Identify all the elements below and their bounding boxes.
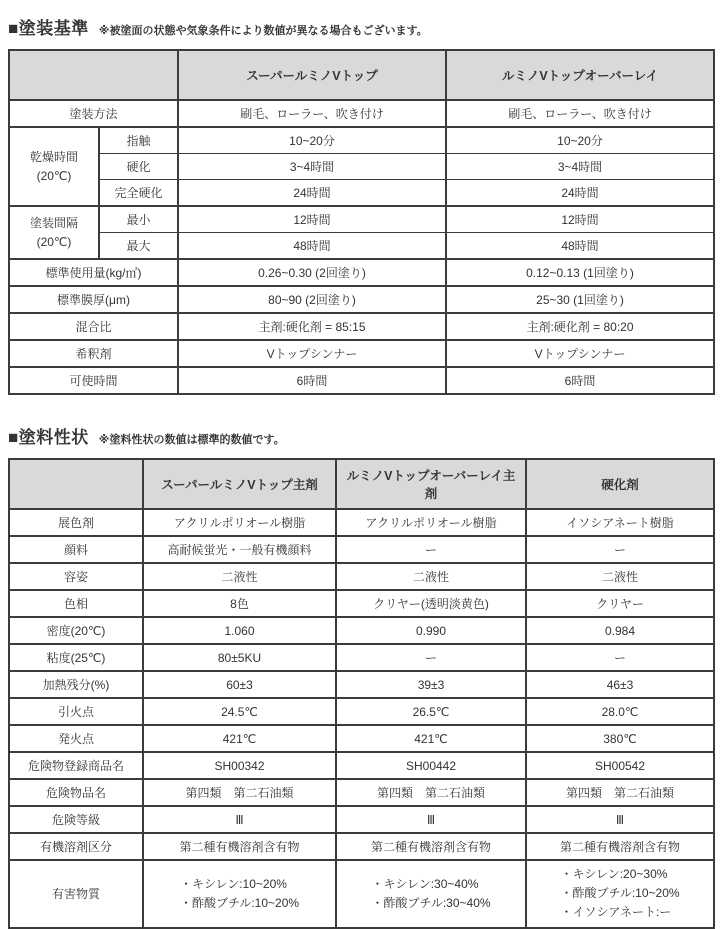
table-row: 最大 48時間 48時間 — [9, 233, 714, 260]
t2-ignition-point-value-1: 421℃ — [143, 725, 336, 752]
t2-label-pigment: 顔料 — [9, 536, 143, 563]
t2-hue-value-2: クリヤー(透明淡黄色) — [336, 590, 526, 617]
table-row: 有機溶剤区分 第二種有機溶剤含有物 第二種有機溶剤含有物 第二種有機溶剤含有物 — [9, 833, 714, 860]
t2-form-value-1: 二液性 — [143, 563, 336, 590]
table-row: 可使時間 6時間 6時間 — [9, 367, 714, 394]
t2-corner-cell — [9, 459, 143, 509]
t2-heating-residue-value-2: 39±3 — [336, 671, 526, 698]
t2-pigment-value-3: ー — [526, 536, 714, 563]
t2-danger-grade-value-2: Ⅲ — [336, 806, 526, 833]
t1-touch-dry-value-2: 10~20分 — [446, 127, 714, 154]
t2-hue-value-3: クリヤー — [526, 590, 714, 617]
t1-label-thinner: 希釈剤 — [9, 340, 178, 367]
t2-density-value-1: 1.060 — [143, 617, 336, 644]
t1-interval-max-value-2: 48時間 — [446, 233, 714, 260]
t2-hue-value-1: 8色 — [143, 590, 336, 617]
coating-standards-table: スーパールミノVトップ ルミノVトップオーバーレイ 塗装方法 刷毛、ローラー、吹… — [8, 49, 715, 395]
table-row: 展色剤 アクリルポリオール樹脂 アクリルポリオール樹脂 イソシアネート樹脂 — [9, 509, 714, 536]
t2-solvent-category-value-2: 第二種有機溶剤含有物 — [336, 833, 526, 860]
t2-label-danger-grade: 危険等級 — [9, 806, 143, 833]
table-row: 硬化 3~4時間 3~4時間 — [9, 154, 714, 180]
t2-danger-grade-value-1: Ⅲ — [143, 806, 336, 833]
t2-solvent-category-value-3: 第二種有機溶剤含有物 — [526, 833, 714, 860]
t2-harmful-substances-value-1: ・キシレン:10~20% ・酢酸ブチル:10~20% — [143, 860, 336, 928]
table-row: 混合比 主剤:硬化剤 = 85:15 主剤:硬化剤 = 80:20 — [9, 313, 714, 340]
t1-label-ratio: 混合比 — [9, 313, 178, 340]
t1-label-touch-dry: 指触 — [99, 127, 178, 154]
t1-thickness-value-1: 80~90 (2回塗り) — [178, 286, 446, 313]
t2-density-value-3: 0.984 — [526, 617, 714, 644]
t2-hazmat-product-value-3: SH00542 — [526, 752, 714, 779]
t1-interval-min-value-1: 12時間 — [178, 206, 446, 233]
t1-corner-cell — [9, 50, 178, 100]
table-row: 乾燥時間 (20℃) 指触 10~20分 10~20分 — [9, 127, 714, 154]
table-row: 危険物品名 第四類 第二石油類 第四類 第二石油類 第四類 第二石油類 — [9, 779, 714, 806]
t1-thinner-value-1: Vトップシンナー — [178, 340, 446, 367]
t2-hazmat-class-value-3: 第四類 第二石油類 — [526, 779, 714, 806]
t2-ignition-point-value-2: 421℃ — [336, 725, 526, 752]
coating-standards-title: ■塗装基準 — [8, 14, 89, 39]
t2-label-ignition-point: 発火点 — [9, 725, 143, 752]
t1-method-value-1: 刷毛、ローラー、吹き付け — [178, 100, 446, 127]
t2-vehicle-value-1: アクリルポリオール樹脂 — [143, 509, 336, 536]
t2-col-header-hardener: 硬化剤 — [526, 459, 714, 509]
t1-label-interval-max: 最大 — [99, 233, 178, 260]
t1-method-value-2: 刷毛、ローラー、吹き付け — [446, 100, 714, 127]
t1-pot-life-value-2: 6時間 — [446, 367, 714, 394]
t2-col-header-overlay-base: ルミノVトップオーバーレイ主剤 — [336, 459, 526, 509]
table-row: 顔料 高耐候蛍光・一般有機顔料 ー ー — [9, 536, 714, 563]
table-row: 容姿 二液性 二液性 二液性 — [9, 563, 714, 590]
table-row: 危険等級 Ⅲ Ⅲ Ⅲ — [9, 806, 714, 833]
t1-label-method: 塗装方法 — [9, 100, 178, 127]
t2-flash-point-value-2: 26.5℃ — [336, 698, 526, 725]
t2-danger-grade-value-3: Ⅲ — [526, 806, 714, 833]
t2-label-solvent-category: 有機溶剤区分 — [9, 833, 143, 860]
table-row: 密度(20℃) 1.060 0.990 0.984 — [9, 617, 714, 644]
t1-col-header-super-lumino-vtop: スーパールミノVトップ — [178, 50, 446, 100]
table-row: 引火点 24.5℃ 26.5℃ 28.0℃ — [9, 698, 714, 725]
table-row: 標準使用量(kg/㎡) 0.26~0.30 (2回塗り) 0.12~0.13 (… — [9, 259, 714, 286]
coating-standards-note: ※被塗面の状態や気象条件により数値が異なる場合もございます。 — [99, 22, 428, 38]
t1-usage-value-1: 0.26~0.30 (2回塗り) — [178, 259, 446, 286]
t1-thickness-value-2: 25~30 (1回塗り) — [446, 286, 714, 313]
table-row: 標準膜厚(μm) 80~90 (2回塗り) 25~30 (1回塗り) — [9, 286, 714, 313]
t1-thinner-value-2: Vトップシンナー — [446, 340, 714, 367]
t2-hazmat-product-value-2: SH00442 — [336, 752, 526, 779]
t1-label-pot-life: 可使時間 — [9, 367, 178, 394]
table-row: 危険物登録商品名 SH00342 SH00442 SH00542 — [9, 752, 714, 779]
t2-harmful-substances-value-2: ・キシレン:30~40% ・酢酸ブチル:30~40% — [336, 860, 526, 928]
t1-harden-value-2: 3~4時間 — [446, 154, 714, 180]
t2-viscosity-value-2: ー — [336, 644, 526, 671]
table-row: 完全硬化 24時間 24時間 — [9, 180, 714, 207]
t1-label-thickness: 標準膜厚(μm) — [9, 286, 178, 313]
t1-label-interval-group: 塗装間隔 (20℃) — [9, 206, 99, 259]
t2-vehicle-value-2: アクリルポリオール樹脂 — [336, 509, 526, 536]
t2-label-harmful-substances: 有害物質 — [9, 860, 143, 928]
t1-label-interval-min: 最小 — [99, 206, 178, 233]
table-row: 粘度(25℃) 80±5KU ー ー — [9, 644, 714, 671]
t2-harmful-substances-text-2: ・キシレン:30~40% ・酢酸ブチル:30~40% — [371, 875, 490, 913]
t2-harmful-substances-text-1: ・キシレン:10~20% ・酢酸ブチル:10~20% — [180, 875, 299, 913]
t2-label-hue: 色相 — [9, 590, 143, 617]
t2-form-value-2: 二液性 — [336, 563, 526, 590]
t1-label-full-harden: 完全硬化 — [99, 180, 178, 207]
paint-properties-header: ■塗料性状 ※塗料性状の数値は標準的数値です。 — [8, 423, 720, 448]
t1-interval-max-value-1: 48時間 — [178, 233, 446, 260]
t1-label-usage: 標準使用量(kg/㎡) — [9, 259, 178, 286]
t1-pot-life-value-1: 6時間 — [178, 367, 446, 394]
t2-hazmat-class-value-1: 第四類 第二石油類 — [143, 779, 336, 806]
t1-interval-min-value-2: 12時間 — [446, 206, 714, 233]
paint-properties-table: スーパールミノVトップ主剤 ルミノVトップオーバーレイ主剤 硬化剤 展色剤 アク… — [8, 458, 715, 929]
t2-label-form: 容姿 — [9, 563, 143, 590]
table-row: 塗装間隔 (20℃) 最小 12時間 12時間 — [9, 206, 714, 233]
t2-heating-residue-value-1: 60±3 — [143, 671, 336, 698]
t1-label-dry-time-group: 乾燥時間 (20℃) — [9, 127, 99, 206]
table-row: 加熱残分(%) 60±3 39±3 46±3 — [9, 671, 714, 698]
t2-form-value-3: 二液性 — [526, 563, 714, 590]
t2-solvent-category-value-1: 第二種有機溶剤含有物 — [143, 833, 336, 860]
table-row: 有害物質 ・キシレン:10~20% ・酢酸ブチル:10~20% ・キシレン:30… — [9, 860, 714, 928]
t2-ignition-point-value-3: 380℃ — [526, 725, 714, 752]
table-row: 色相 8色 クリヤー(透明淡黄色) クリヤー — [9, 590, 714, 617]
coating-standards-header: ■塗装基準 ※被塗面の状態や気象条件により数値が異なる場合もございます。 — [8, 14, 720, 39]
t2-label-hazmat-class-name: 危険物品名 — [9, 779, 143, 806]
t2-harmful-substances-value-3: ・キシレン:20~30% ・酢酸ブチル:10~20% ・イソシアネート:ー — [526, 860, 714, 928]
t1-full-harden-value-2: 24時間 — [446, 180, 714, 207]
paint-properties-note: ※塗料性状の数値は標準的数値です。 — [99, 431, 285, 447]
t2-pigment-value-1: 高耐候蛍光・一般有機顔料 — [143, 536, 336, 563]
t2-vehicle-value-3: イソシアネート樹脂 — [526, 509, 714, 536]
t2-label-viscosity: 粘度(25℃) — [9, 644, 143, 671]
t2-col-header-super-lumino-base: スーパールミノVトップ主剤 — [143, 459, 336, 509]
table-row: 希釈剤 Vトップシンナー Vトップシンナー — [9, 340, 714, 367]
table-row: 塗装方法 刷毛、ローラー、吹き付け 刷毛、ローラー、吹き付け — [9, 100, 714, 127]
t2-density-value-2: 0.990 — [336, 617, 526, 644]
paint-properties-title: ■塗料性状 — [8, 423, 89, 448]
t2-viscosity-value-3: ー — [526, 644, 714, 671]
t2-pigment-value-2: ー — [336, 536, 526, 563]
t1-col-header-lumino-vtop-overlay: ルミノVトップオーバーレイ — [446, 50, 714, 100]
t2-label-hazmat-product-name: 危険物登録商品名 — [9, 752, 143, 779]
t1-ratio-value-1: 主剤:硬化剤 = 85:15 — [178, 313, 446, 340]
t2-label-density: 密度(20℃) — [9, 617, 143, 644]
t1-ratio-value-2: 主剤:硬化剤 = 80:20 — [446, 313, 714, 340]
t2-label-flash-point: 引火点 — [9, 698, 143, 725]
t2-hazmat-product-value-1: SH00342 — [143, 752, 336, 779]
t1-full-harden-value-1: 24時間 — [178, 180, 446, 207]
table-row: 発火点 421℃ 421℃ 380℃ — [9, 725, 714, 752]
t2-label-heating-residue: 加熱残分(%) — [9, 671, 143, 698]
t2-flash-point-value-1: 24.5℃ — [143, 698, 336, 725]
t1-label-harden: 硬化 — [99, 154, 178, 180]
t2-label-vehicle: 展色剤 — [9, 509, 143, 536]
t1-touch-dry-value-1: 10~20分 — [178, 127, 446, 154]
t2-flash-point-value-3: 28.0℃ — [526, 698, 714, 725]
t2-harmful-substances-text-3: ・キシレン:20~30% ・酢酸ブチル:10~20% ・イソシアネート:ー — [560, 865, 679, 923]
t1-usage-value-2: 0.12~0.13 (1回塗り) — [446, 259, 714, 286]
t1-harden-value-1: 3~4時間 — [178, 154, 446, 180]
t2-viscosity-value-1: 80±5KU — [143, 644, 336, 671]
t2-hazmat-class-value-2: 第四類 第二石油類 — [336, 779, 526, 806]
t2-heating-residue-value-3: 46±3 — [526, 671, 714, 698]
